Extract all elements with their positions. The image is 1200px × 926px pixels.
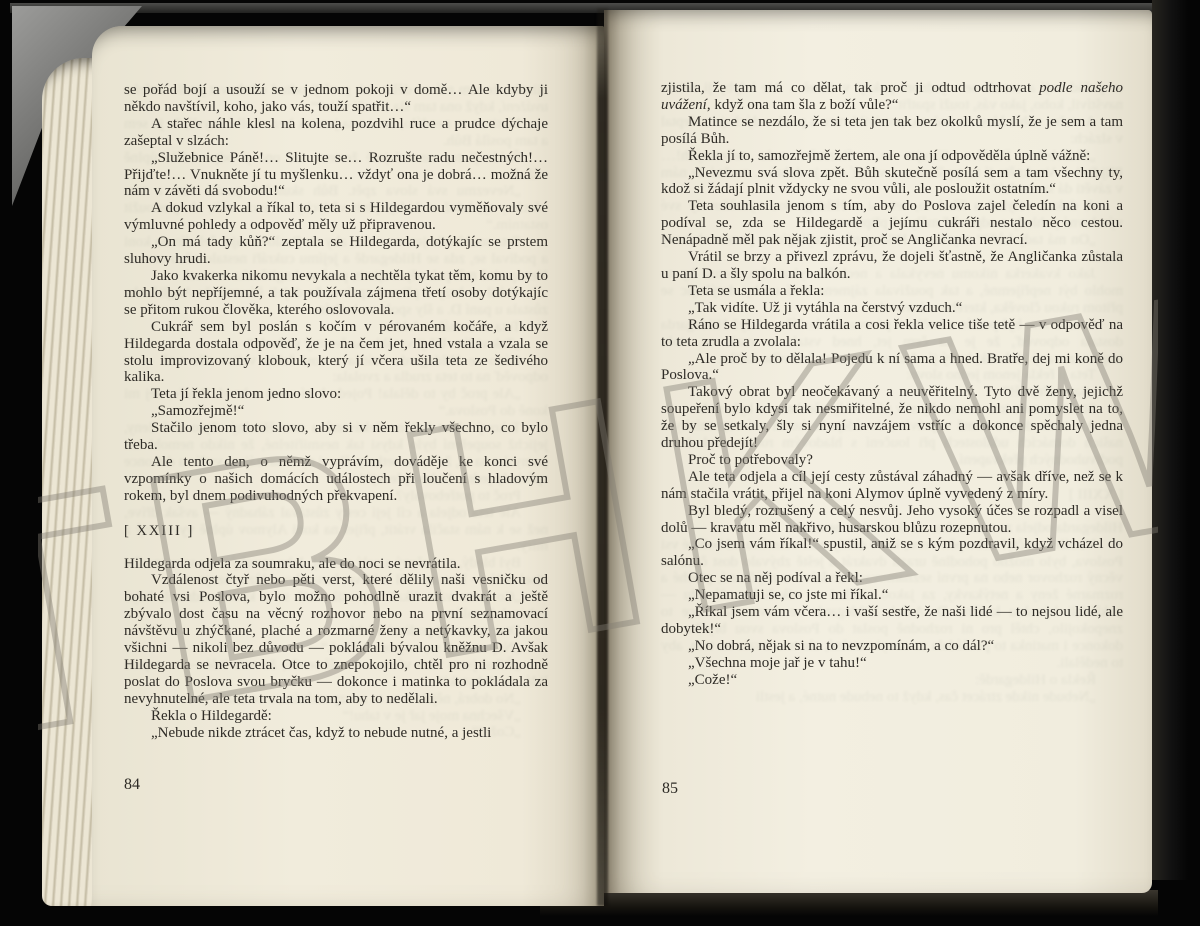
paragraph: Teta souhlasila jenom s tím, aby do Posl…: [661, 198, 1123, 249]
book-scan: zjistila, že tam má co dělat, tak proč j…: [0, 0, 1200, 926]
paragraph: Ráno se Hildegarda vrátila a cosi řekla …: [661, 317, 1123, 351]
paragraph: „No dobrá, nějak si na to nevzpomínám, a…: [661, 638, 1123, 655]
paragraph: Teta se usmála a řekla:: [661, 283, 1123, 300]
book-gutter: [597, 8, 608, 906]
paragraph: Řekla jí to, samozřejmě žertem, ale ona …: [661, 148, 1123, 165]
section-heading: [ XXIII ]: [124, 523, 548, 540]
paragraph: Otec se na něj podíval a řekl:: [661, 570, 1123, 587]
paragraph: „Samozřejmě!“: [124, 403, 548, 420]
page-right: se pořád bojí a usouží se v jednom pokoj…: [604, 10, 1152, 893]
paragraph: „On má tady kůň?“ zeptala se Hildegarda,…: [124, 234, 548, 268]
paragraph: Vrátil se brzy a přivezl zprávu, že doje…: [661, 249, 1123, 283]
paragraph: „Co jsem vám říkal!“ spustil, aniž se s …: [661, 536, 1123, 570]
paragraph: „Nebude nikde ztrácet čas, když to nebud…: [661, 689, 1123, 706]
page-number-right: 85: [662, 780, 678, 798]
paragraph: Hildegarda odjela za soumraku, ale do no…: [124, 556, 548, 573]
paragraph: Řekla o Hildegardě:: [124, 708, 548, 725]
paragraph: Matince se nezdálo, že si teta jen tak b…: [661, 114, 1123, 148]
paragraph: Cukrář sem byl poslán s kočím v pérované…: [124, 319, 548, 387]
paragraph: „Všechna moje jař je v tahu!“: [661, 655, 1123, 672]
book-cover-right-edge: [1152, 0, 1188, 880]
paragraph: Proč to potřebovaly?: [661, 452, 1123, 469]
page-number-left: 84: [124, 776, 140, 794]
book-cover-bottom-edge: [540, 890, 1158, 916]
paragraph: A dokud vzlykal a říkal to, teta si s Hi…: [124, 200, 548, 234]
paragraph: Jako kvakerka nikomu nevykala a nechtěla…: [124, 268, 548, 319]
paragraph: Ale tento den, o němž vyprávím, dováděje…: [124, 454, 548, 505]
paragraph: „Ale proč by to dělala! Pojedu k ní sama…: [661, 351, 1123, 385]
paragraph: Vzdálenost čtyř nebo pěti verst, které d…: [124, 572, 548, 707]
paragraph: „Tak vidíte. Už ji vytáhla na čerstvý vz…: [661, 300, 1123, 317]
paragraph: „Nepamatuji se, co jste mi říkal.“: [661, 587, 1123, 604]
paragraph: Ale teta odjela a cíl její cesty zůstáva…: [661, 469, 1123, 503]
paragraph: „Říkal jsem vám včera… i vaší sestře, že…: [661, 604, 1123, 638]
paragraph: Takový obrat byl neočekávaný a neuvěřite…: [661, 384, 1123, 452]
paragraph: A stařec náhle klesl na kolena, pozdvihl…: [124, 116, 548, 150]
page-text-right: zjistila, že tam má co dělat, tak proč j…: [661, 80, 1123, 689]
paragraph: Stačilo jenom toto slovo, aby si v něm ř…: [124, 420, 548, 454]
paragraph: Byl bledý, rozrušený a celý nesvůj. Jeho…: [661, 503, 1123, 537]
page-text-left: se pořád bojí a usouží se v jednom pokoj…: [124, 82, 548, 742]
paragraph: „Cože!“: [661, 672, 1123, 689]
page-left: zjistila, že tam má co dělat, tak proč j…: [92, 26, 604, 906]
paragraph: zjistila, že tam má co dělat, tak proč j…: [661, 80, 1123, 114]
paragraph: „Služebnice Páně!… Slitujte se… Rozrušte…: [124, 150, 548, 201]
paragraph: Teta jí řekla jenom jedno slovo:: [124, 386, 548, 403]
paragraph: „Nebude nikde ztrácet čas, když to nebud…: [124, 725, 548, 742]
paragraph: „Nevezmu svá slova zpět. Bůh skutečně po…: [661, 165, 1123, 199]
paragraph: se pořád bojí a usouží se v jednom pokoj…: [124, 82, 548, 116]
